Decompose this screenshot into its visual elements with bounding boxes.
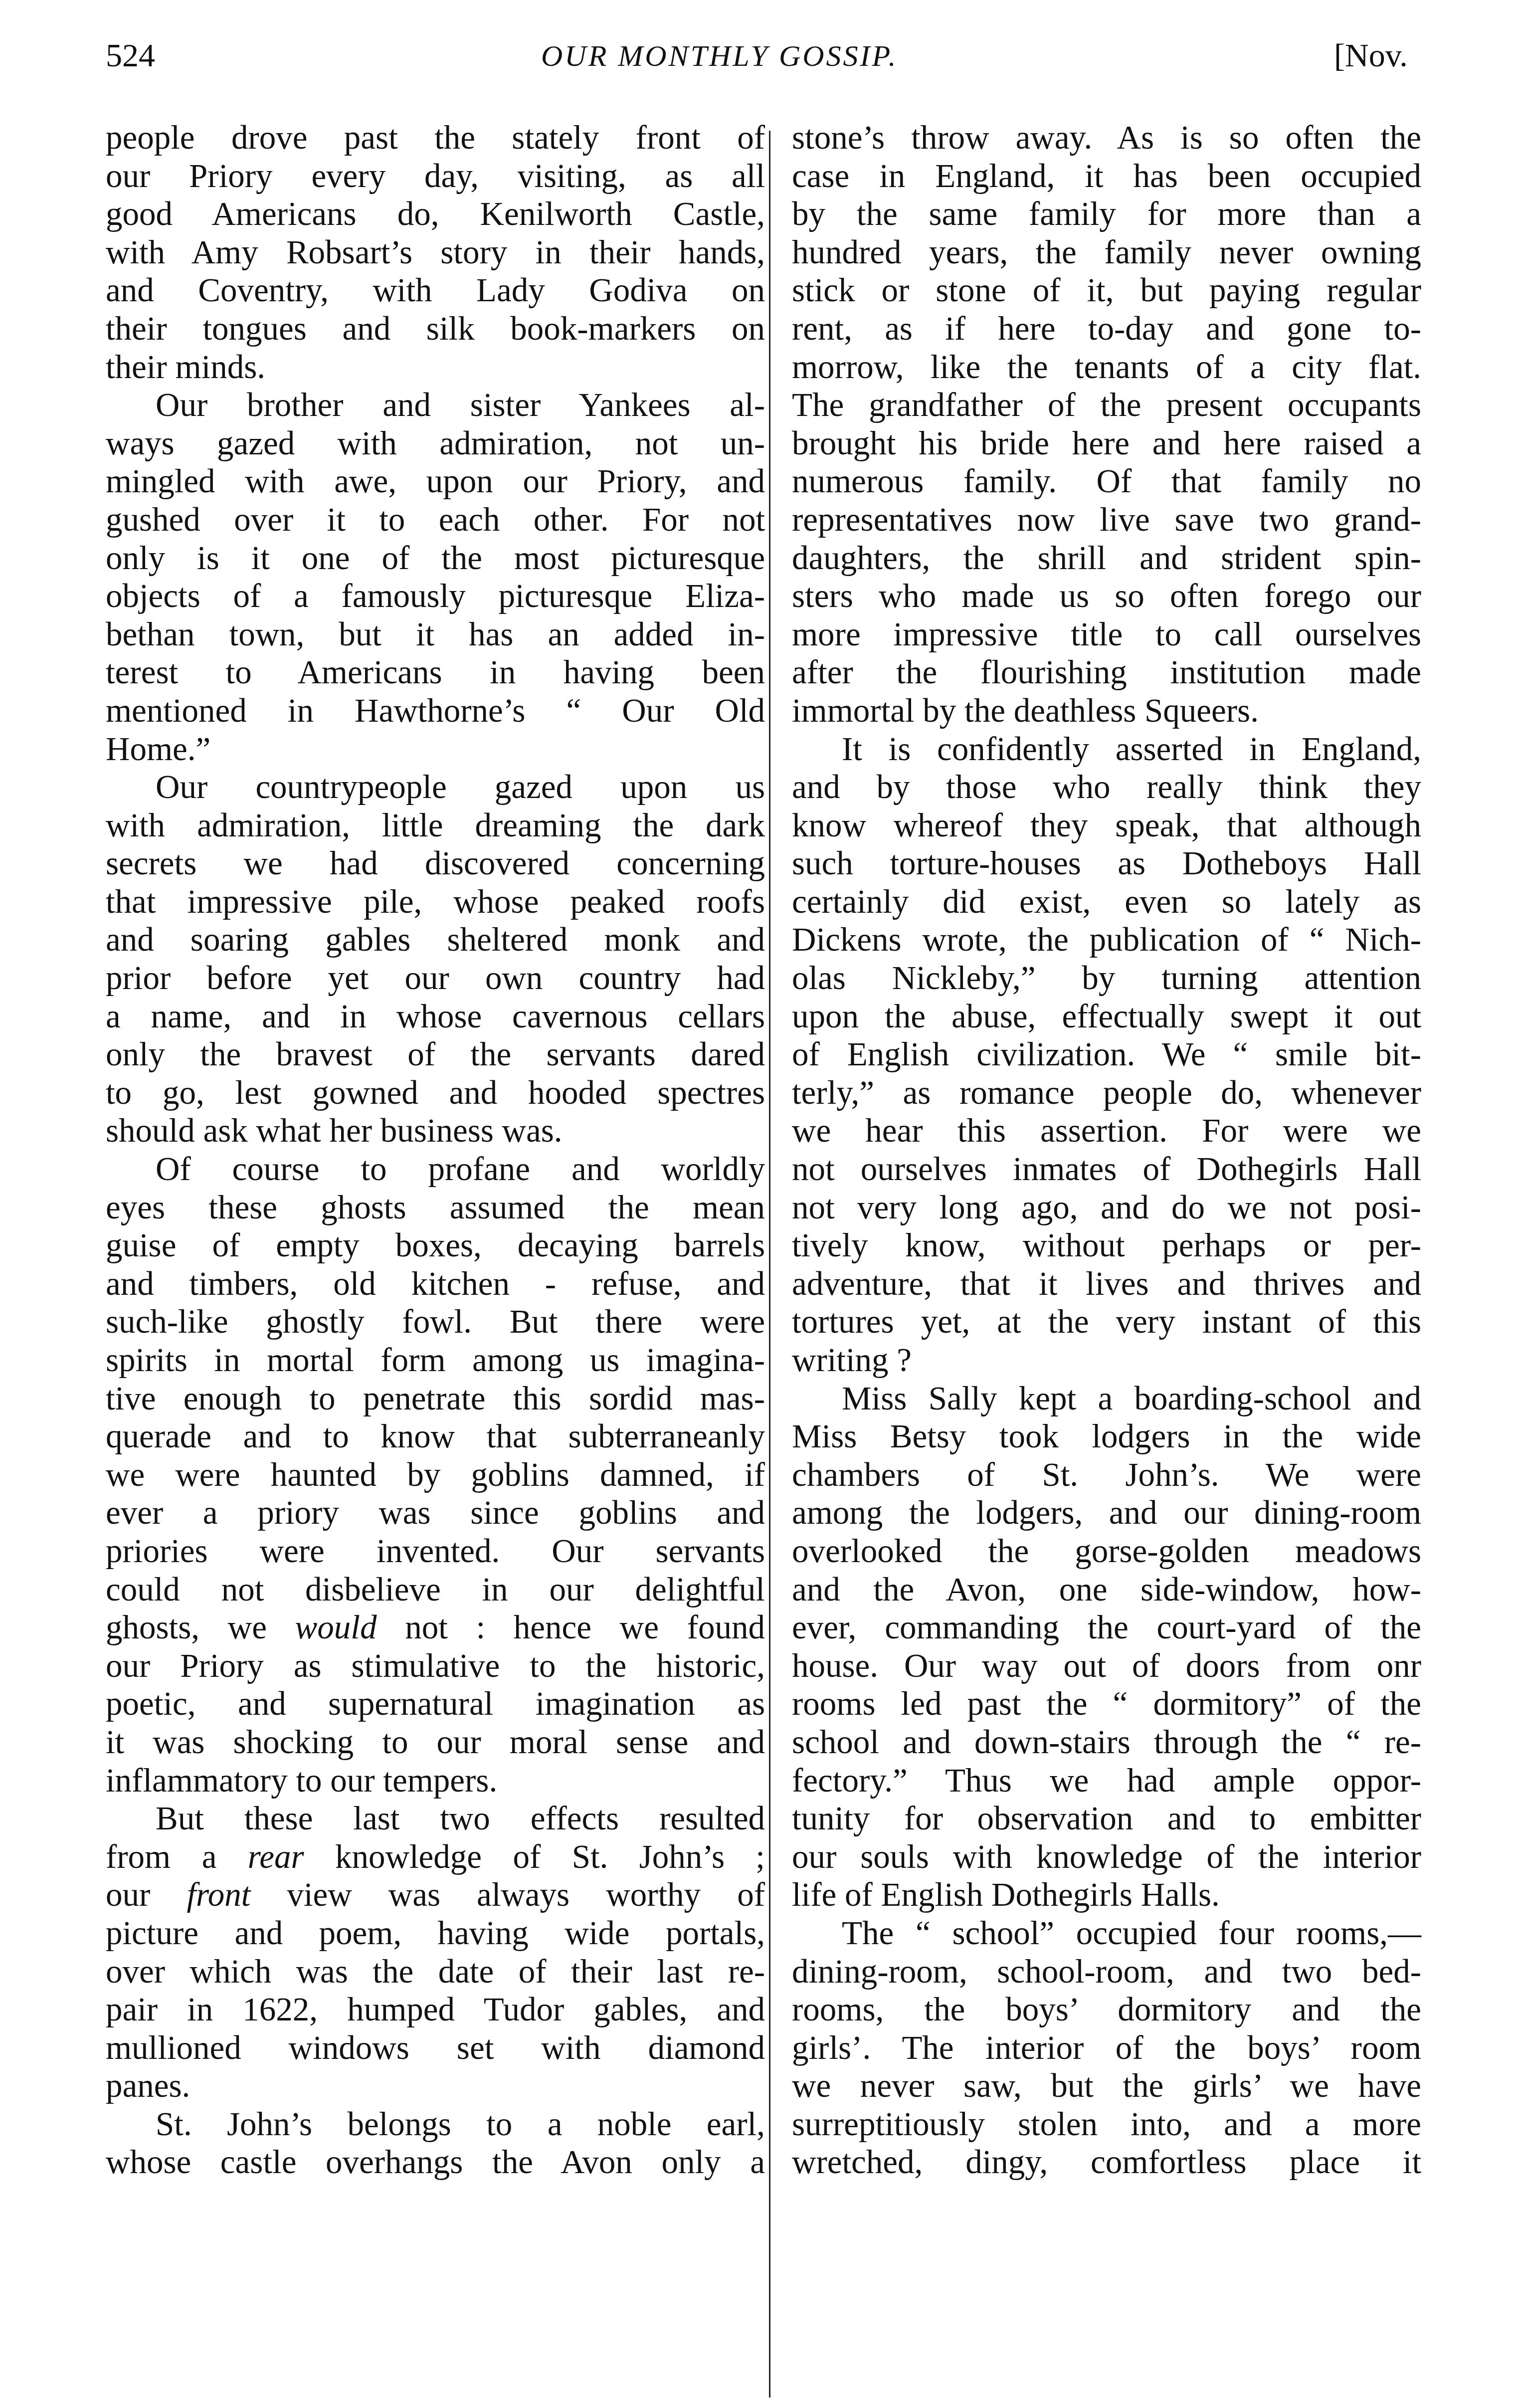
text-line: representatives now live save two grand- — [792, 501, 1421, 539]
text-line: certainly did exist, even so lately as — [792, 883, 1421, 921]
text-line: over which was the date of their last re… — [106, 1953, 765, 1991]
text-line: The grandfather of the present occupants — [792, 386, 1421, 424]
text-line: daughters, the shrill and strident spin- — [792, 539, 1421, 578]
text-line: our souls with knowledge of the interior — [792, 1838, 1421, 1876]
text-line: rent, as if here to-day and gone to- — [792, 310, 1421, 348]
issue-month: [Nov. — [1334, 36, 1408, 76]
text-line: chambers of St. John’s. We were — [792, 1456, 1421, 1494]
text-line: Our brother and sister Yankees al- — [106, 386, 765, 424]
text-fragment: our — [106, 1876, 187, 1913]
text-line: our front view was always worthy of — [106, 1876, 765, 1914]
text-line: wretched, dingy, comfortless place it — [792, 2143, 1421, 2182]
text-line: such torture-houses as Dotheboys Hall — [792, 844, 1421, 883]
text-fragment: not : hence we found — [377, 1609, 765, 1646]
text-line: from a rear knowledge of St. John’s ; — [106, 1838, 765, 1876]
text-line: ever, commanding the court-yard of the — [792, 1608, 1421, 1647]
text-line: stick or stone of it, but paying regular — [792, 271, 1421, 310]
text-line: our Priory as stimulative to the histori… — [106, 1647, 765, 1685]
text-line: whose castle overhangs the Avon only a — [106, 2143, 765, 2182]
text-line: The “ school” occupied four rooms,— — [792, 1914, 1421, 1953]
text-line: sters who made us so often forego our — [792, 577, 1421, 615]
text-line: after the flourishing institution made — [792, 653, 1421, 692]
text-line: Miss Sally kept a boarding-school and — [792, 1380, 1421, 1418]
text-line: eyes these ghosts assumed the mean — [106, 1189, 765, 1227]
text-line: only the bravest of the servants dared — [106, 1035, 765, 1074]
text-line: dining-room, school-room, and two bed- — [792, 1953, 1421, 1991]
text-line: surreptitiously stolen into, and a more — [792, 2105, 1421, 2144]
text-line: But these last two effects resulted — [106, 1800, 765, 1838]
running-header: 524 OUR MONTHLY GOSSIP. [Nov. — [0, 26, 1519, 81]
text-line: know whereof they speak, that although — [792, 806, 1421, 845]
italic-emphasis: rear — [248, 1838, 304, 1875]
text-line: by the same family for more than a — [792, 195, 1421, 233]
text-line: our Priory every day, visiting, as all — [106, 157, 765, 196]
text-line: that impressive pile, whose peaked roofs — [106, 883, 765, 921]
text-line: with Amy Robsart’s story in their hands, — [106, 233, 765, 272]
text-line: tortures yet, at the very instant of thi… — [792, 1303, 1421, 1341]
text-line: ever a priory was since goblins and — [106, 1494, 765, 1532]
text-line: to go, lest gowned and hooded spectres — [106, 1074, 765, 1112]
text-line: hundred years, the family never owning — [792, 233, 1421, 272]
text-line: writing ? — [792, 1341, 1421, 1380]
text-line: secrets we had discovered concerning — [106, 844, 765, 883]
text-line: school and down-stairs through the “ re- — [792, 1723, 1421, 1762]
text-line: and timbers, old kitchen - refuse, and — [106, 1265, 765, 1303]
text-line: and Coventry, with Lady Godiva on — [106, 271, 765, 310]
text-line: and soaring gables sheltered monk and — [106, 921, 765, 959]
text-line: pair in 1622, humped Tudor gables, and — [106, 1991, 765, 2029]
text-line: mingled with awe, upon our Priory, and — [106, 462, 765, 501]
text-line: tive enough to penetrate this sordid mas… — [106, 1380, 765, 1418]
text-line: not very long ago, and do we not posi- — [792, 1189, 1421, 1227]
text-line: among the lodgers, and our dining-room — [792, 1494, 1421, 1532]
text-line: inflammatory to our tempers. — [106, 1762, 765, 1800]
page-number: 524 — [106, 36, 155, 76]
text-line: Dickens wrote, the publication of “ Nich… — [792, 921, 1421, 959]
text-fragment: knowledge of St. John’s ; — [304, 1838, 765, 1875]
text-fragment: from a — [106, 1838, 248, 1875]
text-line: their tongues and silk book-markers on — [106, 310, 765, 348]
text-line: overlooked the gorse-golden meadows — [792, 1532, 1421, 1571]
right-column: stone’s throw away. As is so often theca… — [792, 119, 1421, 2182]
text-line: panes. — [106, 2067, 765, 2105]
text-fragment: view was always worthy of — [250, 1876, 765, 1913]
text-line: poetic, and supernatural imagination as — [106, 1685, 765, 1723]
text-line: it was shocking to our moral sense and — [106, 1723, 765, 1762]
text-line: Miss Betsy took lodgers in the wide — [792, 1417, 1421, 1456]
text-line: Home.” — [106, 730, 765, 769]
text-line: spirits in mortal form among us imagina- — [106, 1341, 765, 1380]
text-line: and by those who really think they — [792, 768, 1421, 806]
text-line: rooms led past the “ dormitory” of the — [792, 1685, 1421, 1723]
text-line: prior before yet our own country had — [106, 959, 765, 998]
italic-emphasis: front — [187, 1876, 250, 1913]
text-line: adventure, that it lives and thrives and — [792, 1265, 1421, 1303]
text-line: such-like ghostly fowl. But there were — [106, 1303, 765, 1341]
text-line: more impressive title to call ourselves — [792, 615, 1421, 654]
text-line: priories were invented. Our servants — [106, 1532, 765, 1571]
running-title: OUR MONTHLY GOSSIP. — [541, 36, 898, 76]
text-line: not ourselves inmates of Dothegirls Hall — [792, 1150, 1421, 1189]
text-line: olas Nickleby,” by turning attention — [792, 959, 1421, 998]
text-line: rooms, the boys’ dormitory and the — [792, 1991, 1421, 2029]
text-line: their minds. — [106, 348, 765, 387]
text-line: ghosts, we would not : hence we found — [106, 1608, 765, 1647]
text-line: house. Our way out of doors from onr — [792, 1647, 1421, 1685]
text-line: objects of a famously picturesque Eliza- — [106, 577, 765, 615]
text-line: and the Avon, one side-window, how- — [792, 1571, 1421, 1609]
left-column: people drove past the stately front ofou… — [106, 119, 765, 2182]
text-line: girls’. The interior of the boys’ room — [792, 2029, 1421, 2067]
text-line: people drove past the stately front of — [106, 119, 765, 157]
text-line: brought his bride here and here raised a — [792, 424, 1421, 463]
text-line: upon the abuse, effectually swept it out — [792, 998, 1421, 1036]
text-line: a name, and in whose cavernous cellars — [106, 998, 765, 1036]
text-line: could not disbelieve in our delightful — [106, 1571, 765, 1609]
text-line: Of course to profane and worldly — [106, 1150, 765, 1189]
text-line: tunity for observation and to embitter — [792, 1800, 1421, 1838]
text-line: querade and to know that subterraneanly — [106, 1417, 765, 1456]
text-line: life of English Dothegirls Halls. — [792, 1876, 1421, 1914]
column-divider — [769, 131, 770, 2398]
text-line: mullioned windows set with diamond — [106, 2029, 765, 2067]
text-fragment: ghosts, we — [106, 1609, 295, 1646]
text-line: of English civilization. We “ smile bit- — [792, 1035, 1421, 1074]
text-line: gushed over it to each other. For not — [106, 501, 765, 539]
text-line: numerous family. Of that family no — [792, 462, 1421, 501]
italic-emphasis: would — [295, 1609, 377, 1646]
text-line: good Americans do, Kenilworth Castle, — [106, 195, 765, 233]
text-line: only is it one of the most picturesque — [106, 539, 765, 578]
text-line: It is confidently asserted in England, — [792, 730, 1421, 769]
text-line: tively know, without perhaps or per- — [792, 1226, 1421, 1265]
text-line: we never saw, but the girls’ we have — [792, 2067, 1421, 2105]
text-line: morrow, like the tenants of a city flat. — [792, 348, 1421, 387]
text-line: with admiration, little dreaming the dar… — [106, 806, 765, 845]
text-line: St. John’s belongs to a noble earl, — [106, 2105, 765, 2144]
text-line: terest to Americans in having been — [106, 653, 765, 692]
text-line: stone’s throw away. As is so often the — [792, 119, 1421, 157]
text-line: we were haunted by goblins damned, if — [106, 1456, 765, 1494]
text-line: terly,” as romance people do, whenever — [792, 1074, 1421, 1112]
text-line: case in England, it has been occupied — [792, 157, 1421, 196]
text-line: bethan town, but it has an added in- — [106, 615, 765, 654]
text-line: should ask what her business was. — [106, 1112, 765, 1150]
text-line: picture and poem, having wide portals, — [106, 1914, 765, 1953]
text-line: immortal by the deathless Squeers. — [792, 692, 1421, 730]
text-line: we hear this assertion. For were we — [792, 1112, 1421, 1150]
text-line: mentioned in Hawthorne’s “ Our Old — [106, 692, 765, 730]
text-line: ways gazed with admiration, not un- — [106, 424, 765, 463]
text-line: fectory.” Thus we had ample oppor- — [792, 1762, 1421, 1800]
text-line: guise of empty boxes, decaying barrels — [106, 1226, 765, 1265]
text-line: Our countrypeople gazed upon us — [106, 768, 765, 806]
